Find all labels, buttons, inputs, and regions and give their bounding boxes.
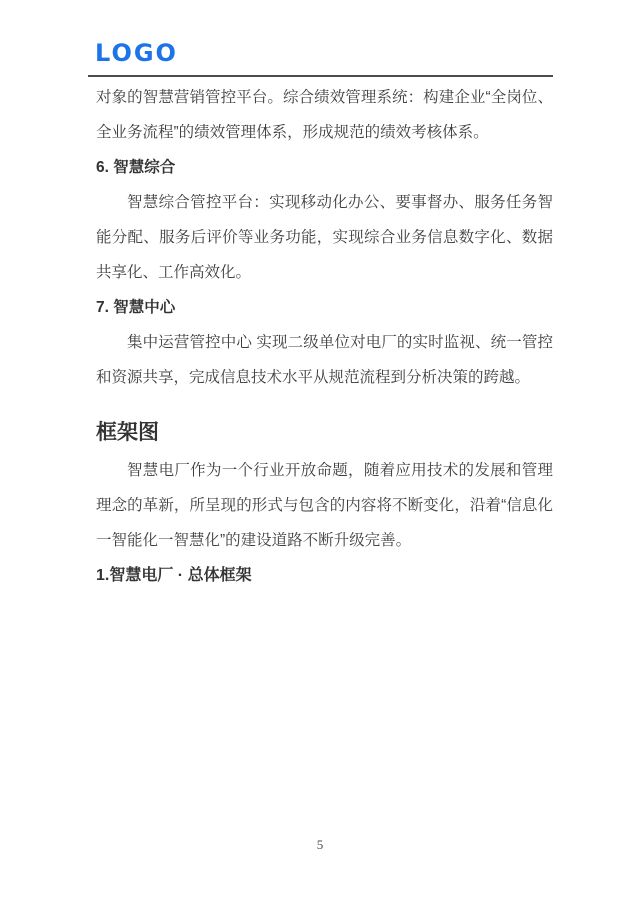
document-page: LOGO 对象的智慧营销管控平台。综合绩效管理系统：构建企业“全岗位、全业务流程…: [0, 0, 640, 906]
header: LOGO: [88, 40, 553, 77]
logo: LOGO: [95, 40, 553, 66]
item-7-paragraph: 集中运营管控中心 实现二级单位对电厂的实时监视、统一管控和资源共享，完成信息技术…: [96, 325, 553, 395]
section-paragraph: 智慧电厂作为一个行业开放命题，随着应用技术的发展和管理理念的革新，所呈现的形式与…: [96, 453, 553, 558]
intro-paragraph: 对象的智慧营销管控平台。综合绩效管理系统：构建企业“全岗位、全业务流程”的绩效管…: [96, 80, 553, 150]
heading-item-6: 6. 智慧综合: [96, 150, 553, 185]
heading-item-7: 7. 智慧中心: [96, 290, 553, 325]
page-number: 5: [0, 836, 640, 854]
header-rule: [88, 75, 553, 77]
document-body: 对象的智慧营销管控平台。综合绩效管理系统：构建企业“全岗位、全业务流程”的绩效管…: [88, 80, 553, 593]
item-6-paragraph: 智慧综合管控平台：实现移动化办公、要事督办、服务任务智能分配、服务后评价等业务功…: [96, 185, 553, 290]
section-heading-framework: 框架图: [96, 413, 553, 453]
figure-heading: 1.智慧电厂 · 总体框架: [96, 558, 553, 593]
